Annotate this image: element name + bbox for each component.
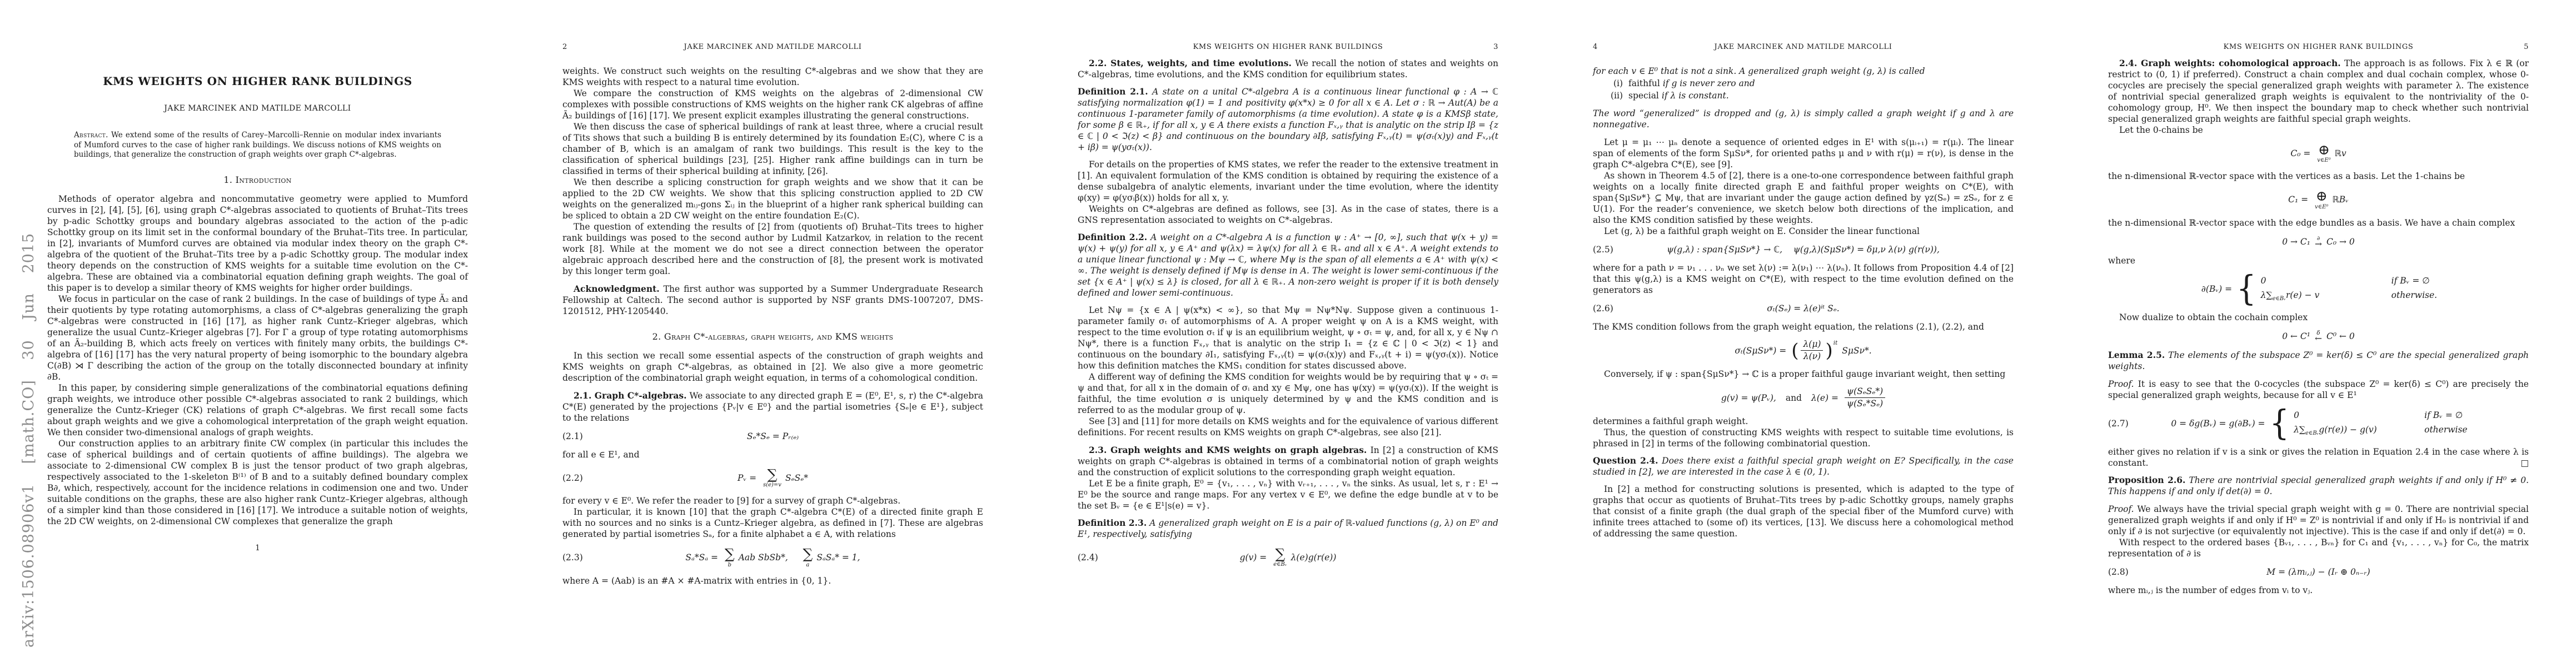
display-equation-c0: C₀ = ⊕v∈E⁰ ℝv	[2108, 143, 2529, 163]
chain-left: 0 ← C¹	[2282, 331, 2310, 342]
subsection-2-1: 2.1. Graph C*-algebras. We associate to …	[562, 390, 983, 424]
running-head-text: JAKE MARCINEK AND MATILDE MARCOLLI	[684, 43, 862, 51]
paragraph: In this paper, by considering simple gen…	[47, 382, 468, 438]
paragraph: weights. We construct such weights on th…	[562, 66, 983, 88]
sigma-glyph: ∑	[725, 547, 735, 561]
abstract-label: Abstract.	[74, 131, 108, 140]
lemma-2-5: Lemma 2.5. The elements of the subspace …	[2108, 350, 2529, 372]
paragraph: A different way of defining the KMS cond…	[1078, 371, 1498, 416]
display-equation-2-8: (2.8) M = (λmᵢ,ⱼ) − (Iᵣ ⊕ 0ₙ₋ᵣ)	[2108, 566, 2529, 578]
item-text: if λ is constant.	[1662, 90, 1729, 101]
section-heading-introduction: 1. Introduction	[47, 175, 468, 186]
oplus-glyph: ⊕	[2316, 189, 2328, 203]
equation-body: Sₑ*Sₑ = Pᵣ₍ₑ₎	[747, 431, 799, 442]
left-paren: (	[1791, 341, 1798, 360]
sigma-glyph: ∑	[1275, 547, 1285, 561]
case-condition: otherwise	[2424, 424, 2467, 435]
paragraph: for all e ∈ E¹, and	[562, 449, 983, 460]
page-3: KMS WEIGHTS ON HIGHER RANK BUILDINGS 3 2…	[1030, 0, 1546, 667]
proposition-label: Proposition 2.6.	[2108, 475, 2185, 485]
subsection-label: 2.2. States, weights, and time evolution…	[1089, 58, 1292, 68]
page-number: 2	[562, 42, 567, 53]
paragraph: the n-dimensional ℝ-vector space with th…	[2108, 217, 2529, 228]
case-condition: if Bᵥ = ∅	[2391, 275, 2430, 286]
equation-part: g(v) = ψ(Pᵥ),	[1721, 392, 1776, 404]
subsection-label: 2.3. Graph weights and KMS weights on gr…	[1089, 445, 1367, 455]
definition-label: Definition 2.1.	[1078, 86, 1148, 97]
definition-remark: The word “generalized” is dropped and (g…	[1593, 108, 2014, 130]
equation-rhs: SₐSₐ* = 1,	[816, 552, 860, 563]
page-1-content: KMS WEIGHTS ON HIGHER RANK BUILDINGS JAK…	[47, 0, 468, 527]
definition-2-2: Definition 2.2. A weight on a C*-algebra…	[1078, 232, 1498, 298]
paragraph: where	[2108, 255, 2529, 266]
page-number: 4	[1593, 42, 1598, 53]
definition-label: Definition 2.3.	[1078, 517, 1147, 528]
running-head: 4 JAKE MARCINEK AND MATILDE MARCOLLI	[1593, 42, 2014, 51]
paragraph: Conversely, if ψ : span{SμSν*} → ℂ is a …	[1593, 369, 2014, 380]
paragraph: With respect to the ordered bases {Bᵥ₁, …	[2108, 537, 2529, 559]
page-4-content: 4 JAKE MARCINEK AND MATILDE MARCOLLI for…	[1593, 0, 2014, 539]
sum-limit: s(e)=v	[763, 482, 781, 488]
equation-lhs: g(v) =	[1240, 552, 1270, 563]
chain-right: C⁰ ← 0	[2326, 331, 2355, 342]
paragraph: In particular, it is known [10] that the…	[562, 506, 983, 540]
display-equation-2-4: (2.4) g(v) = ∑e∈Bᵥ λ(e)g(r(e))	[1078, 547, 1498, 568]
case-row: 0if Bᵥ = ∅	[2261, 275, 2437, 286]
oplus-operator: ⊕v∈E⁰	[2317, 143, 2330, 163]
case-formula-post: g(r(e)) − g(v)	[2319, 424, 2376, 435]
equation-rhs: λ(e)g(r(e))	[1291, 552, 1337, 563]
paragraph: We compare the construction of KMS weigh…	[562, 88, 983, 121]
equation-lhs: Sₐ*Sₐ =	[685, 552, 720, 563]
equation-number: (2.4)	[1078, 552, 1098, 563]
question-2-4: Question 2.4. Does there exist a faithfu…	[1593, 455, 2014, 477]
equation-number: (2.2)	[562, 472, 583, 484]
page-number: 1	[47, 544, 468, 552]
proof-end: either gives no relation if v is a sink …	[2108, 446, 2529, 469]
fraction: λ(μ)λ(ν)	[1801, 340, 1823, 361]
definition-2-1: Definition 2.1. A state on a unital C*-a…	[1078, 86, 1498, 153]
section-heading-2: 2. Graph C*-algebras, graph weights, and…	[562, 331, 983, 342]
proof: Proof. It is easy to see that the 0-cocy…	[2108, 379, 2529, 401]
running-head: KMS WEIGHTS ON HIGHER RANK BUILDINGS 5	[2108, 42, 2529, 51]
paragraph: In this section we recall some essential…	[562, 350, 983, 384]
paragraph: For details on the properties of KMS sta…	[1078, 159, 1498, 203]
paragraph: The KMS condition follows from the graph…	[1593, 321, 2014, 332]
display-equation-2-1: (2.1) Sₑ*Sₑ = Pᵣ₍ₑ₎	[562, 431, 983, 442]
item-keyword: faithful	[1628, 78, 1660, 89]
acknowledgment-label: Acknowledgment.	[574, 283, 660, 294]
chain-complex: 0 → C₁ ∂→ C₀ → 0	[2108, 236, 2529, 248]
numerator: λ(μ)	[1801, 340, 1823, 350]
subsection-2-3: 2.3. Graph weights and KMS weights on gr…	[1078, 445, 1498, 478]
denominator: ψ(Sₑ*Sₑ)	[1845, 397, 1885, 409]
equation-body: σₜ(Sₑ) = λ(e)ⁱᵗ Sₑ.	[1767, 303, 1839, 314]
page-number: 3	[1493, 42, 1498, 53]
proof-text: We always have the trivial special graph…	[2108, 504, 2529, 536]
equation-rhs: SμSν*.	[1839, 345, 1871, 356]
qed-box: □	[2520, 457, 2529, 469]
definition-2-3: Definition 2.3. A generalized graph weig…	[1078, 517, 1498, 540]
labeled-arrow: ∂→	[2315, 236, 2322, 248]
case-condition: otherwise.	[2391, 290, 2437, 301]
paragraph: where for a path ν = ν₁ . . . νₙ we set …	[1593, 262, 2014, 296]
equation-body: M = (λmᵢ,ⱼ) − (Iᵣ ⊕ 0ₙ₋ᵣ)	[2266, 566, 2370, 578]
question-label: Question 2.4.	[1593, 455, 1658, 466]
running-head: KMS WEIGHTS ON HIGHER RANK BUILDINGS 3	[1078, 42, 1498, 51]
exponent: it	[1833, 337, 1838, 349]
equation-number: (2.8)	[2108, 566, 2129, 578]
running-head-text: KMS WEIGHTS ON HIGHER RANK BUILDINGS	[2224, 43, 2414, 51]
page-5-content: KMS WEIGHTS ON HIGHER RANK BUILDINGS 5 2…	[2108, 0, 2529, 596]
definition-continuation: for each v ∈ E⁰ that is not a sink. A ge…	[1593, 66, 2014, 77]
equation-rhs: SₑSₑ*	[785, 472, 808, 484]
oplus-operator: ⊕v∈E⁰	[2315, 189, 2328, 210]
cases-block: { 0if Bᵥ = ∅ λ∑e∈Bᵥ r(e) − votherwise.	[2236, 273, 2437, 305]
display-equation-2-5: (2.5) ψ(g,λ) : span{SμSν*} → ℂ, ψ(g,λ)(S…	[1593, 244, 2014, 255]
page-2: 2 JAKE MARCINEK AND MATILDE MARCOLLI wei…	[515, 0, 1030, 667]
sigma-glyph: ∑	[768, 467, 778, 482]
sum-operator: ∑e∈Bᵥ	[1273, 547, 1287, 568]
equation-lhs: 0 = δg(Bᵥ) = g(∂Bᵥ) =	[2171, 418, 2268, 429]
definition-label: Definition 2.2.	[1078, 232, 1147, 242]
right-paren: )	[1825, 341, 1832, 360]
page-1: arXiv:1506.08906v1 [math.CO] 30 Jun 2015…	[0, 0, 515, 667]
running-head-text: JAKE MARCINEK AND MATILDE MARCOLLI	[1715, 43, 1892, 51]
cochain-complex: 0 ← C¹ δ← C⁰ ← 0	[2108, 330, 2529, 342]
display-equation-2-3: (2.3) Sₐ*Sₐ = ∑b Aab SbSb*, ∑a SₐSₐ* = 1…	[562, 547, 983, 568]
sum-limit: v∈E⁰	[2317, 158, 2330, 163]
equation-number: (2.1)	[562, 431, 583, 442]
equation-lhs: C₀ =	[2290, 148, 2313, 159]
sigma-glyph: ∑	[803, 547, 813, 561]
paragraph: determines a faithful graph weight.	[1593, 416, 2014, 427]
arrow-glyph: ←	[2315, 336, 2322, 342]
case-formula-pre: λ∑	[2261, 290, 2273, 301]
item-keyword: special	[1628, 90, 1659, 101]
paragraph: We then describe a splicing construction…	[562, 177, 983, 221]
equation-lhs: ∂(Bᵥ) =	[2201, 283, 2235, 295]
display-equation-2-6: (2.6) σₜ(Sₑ) = λ(e)ⁱᵗ Sₑ.	[1593, 303, 2014, 314]
case-condition: if Bᵥ = ∅	[2424, 410, 2463, 421]
equation-and: and	[1786, 392, 1802, 404]
subsection-label: 2.4. Graph weights: cohomological approa…	[2119, 58, 2341, 68]
list-item: (i)faithfulif g is never zero and	[1593, 78, 2014, 89]
sum-limit: e∈Bᵥ	[1273, 562, 1287, 568]
cases-rows: 0if Bᵥ = ∅ λ∑e∈Bᵥ r(e) − votherwise.	[2261, 275, 2437, 302]
paragraph: where A = (Aab) is an #A × #A-matrix wit…	[562, 575, 983, 586]
numerator: ψ(SₑSₑ*)	[1845, 387, 1885, 397]
item-marker: (i)	[1593, 78, 1628, 89]
proof-label: Proof.	[2108, 379, 2134, 389]
denominator: λ(ν)	[1801, 350, 1823, 361]
chain-right: C₀ → 0	[2326, 236, 2355, 247]
proof-text: It is easy to see that the 0-cocycles (t…	[2108, 379, 2529, 400]
equation-number: (2.5)	[1593, 244, 1613, 255]
acknowledgment: Acknowledgment. The first author was sup…	[562, 283, 983, 317]
cases-brace: {	[2269, 406, 2289, 441]
abstract-text: We extend some of the results of Carey–M…	[74, 131, 441, 159]
running-head: 2 JAKE MARCINEK AND MATILDE MARCOLLI	[562, 42, 983, 51]
paragraph: We then discuss the case of spherical bu…	[562, 121, 983, 177]
case-formula: 0	[2294, 410, 2424, 421]
paragraph: Let (g, λ) be a faithful graph weight on…	[1593, 226, 2014, 237]
equation-lhs: C₁ =	[2288, 194, 2311, 205]
cases-block: { 0if Bᵥ = ∅ λ∑e∈Bᵥ g(r(e)) − g(v)otherw…	[2269, 408, 2467, 439]
case-formula: 0	[2261, 275, 2391, 286]
sum-limit: a	[806, 563, 809, 568]
labeled-arrow: δ←	[2315, 330, 2322, 342]
sum-operator: ∑a	[803, 547, 813, 568]
chain-left: 0 → C₁	[2282, 236, 2310, 247]
paragraph: Let E be a finite graph, E⁰ = {v₁, . . .…	[1078, 478, 1498, 511]
equation-number: (2.6)	[1593, 303, 1613, 314]
equation-part: λ(e) =	[1811, 392, 1841, 404]
proof-text: either gives no relation if v is a sink …	[2108, 447, 2529, 468]
paragraph: for every v ∈ E⁰. We refer the reader to…	[562, 495, 983, 506]
equation-number: (2.3)	[562, 552, 583, 563]
arxiv-watermark: arXiv:1506.08906v1 [math.CO] 30 Jun 2015	[20, 233, 37, 648]
case-formula: λ∑e∈Bᵥ r(e) − v	[2261, 290, 2391, 302]
case-formula-pre: λ∑	[2294, 424, 2305, 435]
authors-line: JAKE MARCINEK AND MATILDE MARCOLLI	[47, 103, 468, 114]
paragraph: Let Nψ = {x ∈ A | ψ(x*x) < ∞}, so that M…	[1078, 305, 1498, 371]
paragraph: In [2] a method for constructing solutio…	[1593, 484, 2014, 539]
sum-limit: e∈Bᵥ	[2273, 293, 2286, 305]
document-strip: arXiv:1506.08906v1 [math.CO] 30 Jun 2015…	[0, 0, 2576, 667]
page-5: KMS WEIGHTS ON HIGHER RANK BUILDINGS 5 2…	[2061, 0, 2576, 667]
paragraph: where mᵢ,ⱼ is the number of edges from v…	[2108, 585, 2529, 596]
equation-number: (2.7)	[2108, 418, 2129, 429]
item-marker: (ii)	[1593, 90, 1628, 101]
display-equation-sigma-t: σₜ(SμSν*) = ( λ(μ)λ(ν) ) it SμSν*.	[1593, 340, 2014, 361]
equation-lhs: Pᵥ =	[738, 472, 759, 484]
page-number: 5	[2524, 42, 2529, 53]
proposition-2-6: Proposition 2.6. There are nontrivial sp…	[2108, 475, 2529, 497]
subsection-2-4: 2.4. Graph weights: cohomological approa…	[2108, 58, 2529, 125]
paper-title: KMS WEIGHTS ON HIGHER RANK BUILDINGS	[47, 74, 468, 88]
fraction: ψ(SₑSₑ*)ψ(Sₑ*Sₑ)	[1845, 387, 1885, 409]
paragraph: Weights on C*-algebras are defined as fo…	[1078, 203, 1498, 226]
paragraph: The question of extending the results of…	[562, 221, 983, 277]
subsection-label: 2.1. Graph C*-algebras.	[574, 390, 687, 401]
lemma-text: The elements of the subspace Z⁰ = ker(δ)…	[2108, 350, 2529, 371]
equation-lhs: σₜ(SμSν*) =	[1735, 345, 1789, 356]
page-3-content: KMS WEIGHTS ON HIGHER RANK BUILDINGS 3 2…	[1078, 0, 1498, 575]
paragraph: Now dualize to obtain the cochain comple…	[2108, 312, 2529, 323]
paragraph: the n-dimensional ℝ-vector space with th…	[2108, 171, 2529, 182]
paragraph: Our construction applies to an arbitrary…	[47, 438, 468, 527]
paragraph: As shown in Theorem 4.5 of [2], there is…	[1593, 170, 2014, 226]
display-equation-2-7: (2.7) 0 = δg(Bᵥ) = g(∂Bᵥ) = { 0if Bᵥ = ∅…	[2108, 408, 2529, 439]
paragraph: We focus in particular on the case of ra…	[47, 293, 468, 382]
sum-limit: e∈Bᵥ	[2305, 428, 2319, 439]
page-4: 4 JAKE MARCINEK AND MATILDE MARCOLLI for…	[1546, 0, 2061, 667]
lemma-label: Lemma 2.5.	[2108, 350, 2165, 360]
boundary-map-cases: ∂(Bᵥ) = { 0if Bᵥ = ∅ λ∑e∈Bᵥ r(e) − vothe…	[2108, 273, 2529, 305]
display-equation-c1: C₁ = ⊕v∈E⁰ ℝBᵥ	[2108, 189, 2529, 210]
case-row: λ∑e∈Bᵥ g(r(e)) − g(v)otherwise	[2294, 424, 2467, 437]
equation-rhs: ℝBᵥ	[2332, 194, 2348, 205]
cases-brace: {	[2236, 272, 2256, 306]
case-formula: λ∑e∈Bᵥ g(r(e)) − g(v)	[2294, 424, 2424, 437]
case-formula-post: r(e) − v	[2286, 290, 2319, 301]
page-2-content: 2 JAKE MARCINEK AND MATILDE MARCOLLI wei…	[562, 0, 983, 586]
sum-operator: ∑b	[725, 547, 735, 568]
display-equation-2-2: (2.2) Pᵥ = ∑s(e)=v SₑSₑ*	[562, 467, 983, 488]
proof: Proof. We always have the trivial specia…	[2108, 504, 2529, 537]
paragraph: Thus, the question of constructing KMS w…	[1593, 427, 2014, 449]
paragraph: See [3] and [11] for more details on KMS…	[1078, 416, 1498, 438]
sum-limit: v∈E⁰	[2315, 205, 2328, 210]
display-equation-g-lambda: g(v) = ψ(Pᵥ), and λ(e) = ψ(SₑSₑ*)ψ(Sₑ*Sₑ…	[1593, 387, 2014, 409]
item-text: if g is never zero and	[1663, 78, 1755, 89]
arrow-glyph: →	[2315, 241, 2322, 248]
sum-operator: ∑s(e)=v	[763, 467, 781, 488]
paragraph: Methods of operator algebra and noncommu…	[47, 193, 468, 293]
proof-label: Proof.	[2108, 504, 2134, 514]
equation-rhs: ℝv	[2335, 148, 2346, 159]
abstract: Abstract. We extend some of the results …	[74, 131, 441, 160]
equation-mid: Aab SbSb*,	[739, 552, 799, 563]
paragraph: Let μ = μ₁ ⋯ μₙ denote a sequence of ori…	[1593, 137, 2014, 170]
case-row: 0if Bᵥ = ∅	[2294, 410, 2467, 421]
equation-body: ψ(g,λ) : span{SμSν*} → ℂ, ψ(g,λ)(SμSν*) …	[1667, 244, 1940, 255]
subsection-2-2: 2.2. States, weights, and time evolution…	[1078, 58, 1498, 80]
oplus-glyph: ⊕	[2318, 143, 2330, 157]
cases-rows: 0if Bᵥ = ∅ λ∑e∈Bᵥ g(r(e)) − g(v)otherwis…	[2294, 410, 2467, 437]
case-row: λ∑e∈Bᵥ r(e) − votherwise.	[2261, 290, 2437, 302]
running-head-text: KMS WEIGHTS ON HIGHER RANK BUILDINGS	[1193, 43, 1383, 51]
list-item: (ii)specialif λ is constant.	[1593, 90, 2014, 101]
paragraph: Let the 0-chains be	[2108, 125, 2529, 136]
sum-limit: b	[728, 563, 731, 568]
